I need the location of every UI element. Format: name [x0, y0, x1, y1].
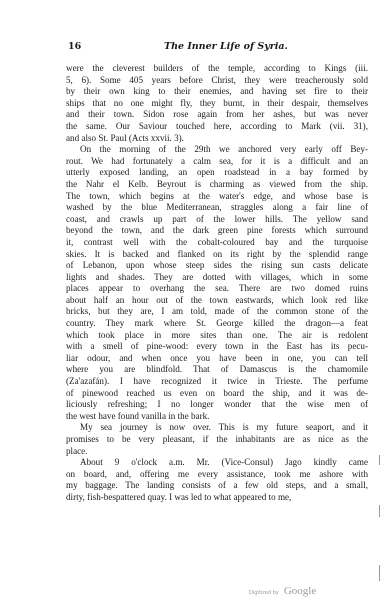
text-line: the Nahr el Kelb. Beyrout is charming as… — [66, 179, 368, 191]
page-edge-mark — [379, 455, 380, 465]
text-line: About 9 o'clock a.m. Mr. (Vice-Consul) J… — [66, 457, 368, 469]
text-line: were the cleverest builders of the templ… — [66, 63, 368, 75]
text-line: dirty, fish-bespattered quay. I was led … — [66, 492, 368, 504]
text-line: which took place in more sites than one.… — [66, 330, 368, 342]
text-line: My sea journey is now over. This is my f… — [66, 422, 368, 434]
text-line: and their town. Sidon rose again from he… — [66, 109, 368, 121]
text-line: places appear to overhang the sea. There… — [66, 283, 368, 295]
digitized-by-label: Digitized by — [249, 590, 279, 596]
page-number: 16 — [68, 41, 81, 53]
text-line: on board, and, offering me every assista… — [66, 469, 368, 481]
text-line: where you are blindfold. That of Damascu… — [66, 364, 368, 376]
text-line: ships that no one might fly, they burnt,… — [66, 98, 368, 110]
paragraph: My sea journey is now over. This is my f… — [66, 422, 368, 457]
text-line: lights and shades. They are dotted with … — [66, 272, 368, 284]
text-line: utterly exposed landing, an open roadste… — [66, 167, 368, 179]
text-line: beyond the town, and the dark green pine… — [66, 225, 368, 237]
text-line: the same. Our Saviour touched here, acco… — [66, 121, 368, 133]
text-line: washed by the blue Mediterranean, stragg… — [66, 202, 368, 214]
text-line: On the morning of the 29th we anchored v… — [66, 144, 368, 156]
paragraph: were the cleverest builders of the templ… — [66, 63, 368, 144]
running-header: 16 The Inner Life of Syria. — [68, 41, 368, 53]
text-line: skies. It is backed and flanked on its r… — [66, 249, 368, 261]
text-line: place. — [66, 446, 368, 458]
text-line: The town, which begins at the water's ed… — [66, 191, 368, 203]
text-line: promises to be very pleasant, if the inh… — [66, 434, 368, 446]
page-edge-mark — [379, 565, 380, 581]
page-edge-mark — [379, 505, 380, 517]
text-line: country. They mark where St. George kill… — [66, 318, 368, 330]
text-line: coast, and crawls up part of the lower h… — [66, 214, 368, 226]
text-line: liciously refreshing; I no longer wonder… — [66, 399, 368, 411]
google-brand-label: Google — [284, 585, 316, 597]
text-line: of Lebanon, upon whose steep sides the r… — [66, 260, 368, 272]
text-line: of pinewood reached us even on board the… — [66, 388, 368, 400]
text-line: by their own king to their enemies, and … — [66, 86, 368, 98]
digitized-by-watermark: Digitized by Google — [249, 579, 316, 598]
text-line: with a smell of pine-wood: every town in… — [66, 341, 368, 353]
text-line: about half an hour out of the town eastw… — [66, 295, 368, 307]
text-line: liar odour, and when once you have been … — [66, 353, 368, 365]
text-line: 5, 6). Some 405 years before Christ, the… — [66, 75, 368, 87]
running-title: The Inner Life of Syria. — [164, 41, 288, 53]
paragraph: About 9 o'clock a.m. Mr. (Vice-Consul) J… — [66, 457, 368, 503]
text-line: rout. We had fortunately a calm sea, for… — [66, 156, 368, 168]
text-line: my baggage. The landing consists of a fe… — [66, 480, 368, 492]
text-line: and also St. Paul (Acts xxvii. 3). — [66, 133, 368, 145]
text-line: the west have found vanilla in the bark. — [66, 411, 368, 423]
text-line: bricks, but they are, I am told, made of… — [66, 306, 368, 318]
paragraph: On the morning of the 29th we anchored v… — [66, 144, 368, 422]
text-line: (Za'azafán). I have recognized it twice … — [66, 376, 368, 388]
body-text: were the cleverest builders of the templ… — [66, 63, 368, 504]
text-line: it, contrast well with the cobalt-colour… — [66, 237, 368, 249]
